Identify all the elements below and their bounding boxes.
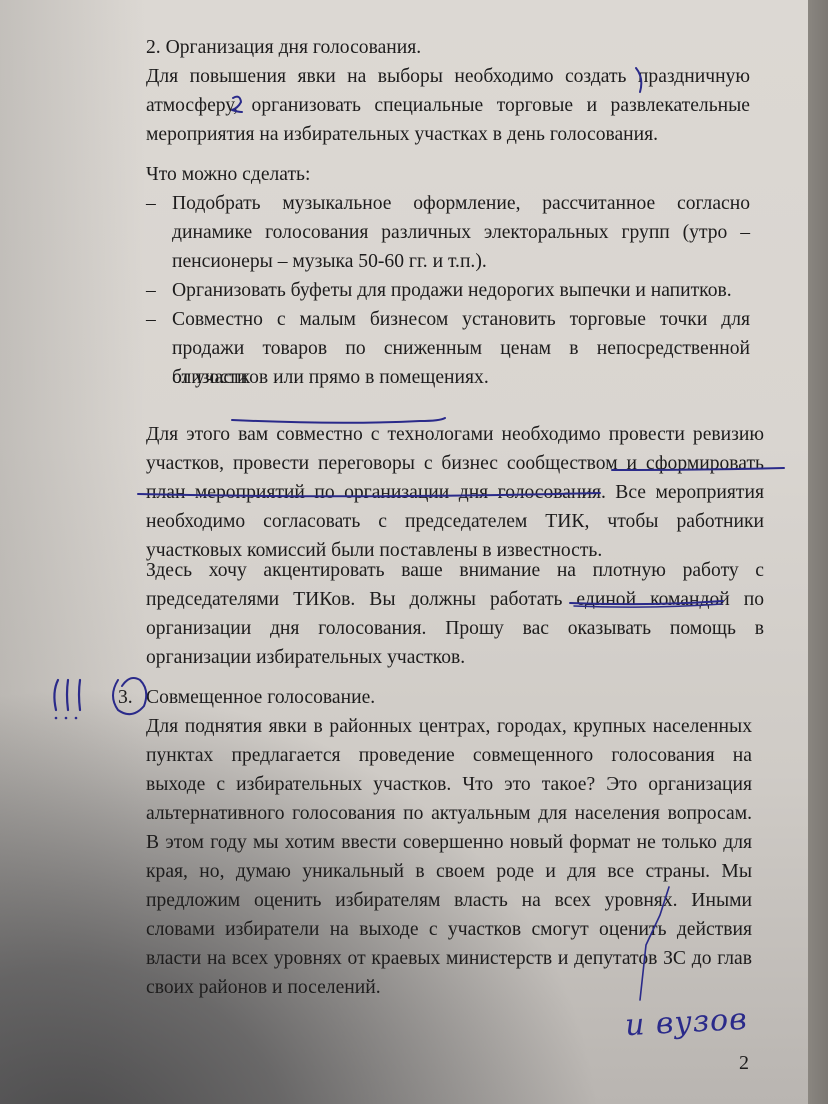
bullet-dash: – [146, 189, 156, 218]
exclaim-dot-3-icon [75, 717, 78, 720]
section-3-line-8: словами избиратели на выходе с участков … [146, 915, 752, 944]
section-3-line-6: края, но, думаю уникальный в своем роде … [146, 857, 752, 886]
exclaim-1-icon [54, 680, 58, 710]
teamwork-line-3: организации дня голосования. Прошу вас о… [146, 614, 764, 643]
bullet-dash: – [146, 305, 156, 334]
teamwork-line-1: Здесь хочу акцентировать ваше внимание н… [146, 556, 764, 585]
section-3-line-4: альтернативного голосования по актуальны… [146, 799, 752, 828]
section-3-line-5: В этом году мы хотим ввести совершенно н… [146, 828, 752, 857]
bullet-1-line-2: динамике голосования различных электорал… [172, 218, 750, 247]
section-3-line-1: Для поднятия явки в районных центрах, го… [146, 712, 752, 741]
exclaim-dot-2-icon [65, 717, 68, 720]
section-3-line-10: своих районов и поселений. [146, 973, 381, 1002]
exclaim-dot-1-icon [55, 717, 58, 720]
section-2-intro-line-2: атмосферу, организовать специальные торг… [146, 91, 750, 120]
bullet-3-line-3: от участков или прямо в помещениях. [172, 363, 489, 392]
teamwork-line-2: председателями ТИКов. Вы должны работать… [146, 585, 764, 614]
teamwork-line-4: организации избирательных участков. [146, 643, 465, 672]
bullet-1-line-1: Подобрать музыкальное оформление, рассчи… [172, 189, 750, 218]
desk-surface [808, 0, 828, 1104]
exclaim-2-icon [67, 680, 68, 710]
section-3-line-3: выходе с избирательных участков. Что это… [146, 770, 752, 799]
bullet-dash: – [146, 276, 156, 305]
section-3-number: 3. [118, 683, 133, 712]
section-2-intro-line-1: Для повышения явки на выборы необходимо … [146, 62, 750, 91]
revision-line-3: план мероприятий по организации дня голо… [146, 478, 764, 507]
section-3-line-7: предложим оценить избирателям власть на … [146, 886, 752, 915]
revision-line-2: участков, провести переговоры с бизнес с… [146, 449, 764, 478]
bullet-2-line-1: Организовать буфеты для продажи недороги… [172, 276, 732, 305]
page-number: 2 [739, 1052, 749, 1075]
section-3-line-2: пунктах предлагается проведение совмещен… [146, 741, 752, 770]
section-2-intro-line-3: мероприятия на избирательных участках в … [146, 120, 658, 149]
bullet-1-line-3: пенсионеры – музыка 50-60 гг. и т.п.). [172, 247, 487, 276]
revision-line-4: необходимо согласовать с председателем Т… [146, 507, 764, 536]
handwritten-insertion-note: и вузов [624, 1002, 748, 1043]
section-2-heading: 2. Организация дня голосования. [146, 33, 421, 62]
exclaim-3-icon [79, 680, 80, 710]
section-3-heading: Совмещенное голосование. [146, 683, 375, 712]
bullet-3-line-1: Совместно с малым бизнесом установить то… [172, 305, 750, 334]
section-3-line-9: власти на всех уровнях от краевых минист… [146, 944, 752, 973]
document-page: 2. Организация дня голосования. Для повы… [0, 0, 808, 1104]
what-can-be-done-label: Что можно сделать: [146, 160, 310, 189]
revision-line-1: Для этого вам совместно с технологами не… [146, 420, 764, 449]
